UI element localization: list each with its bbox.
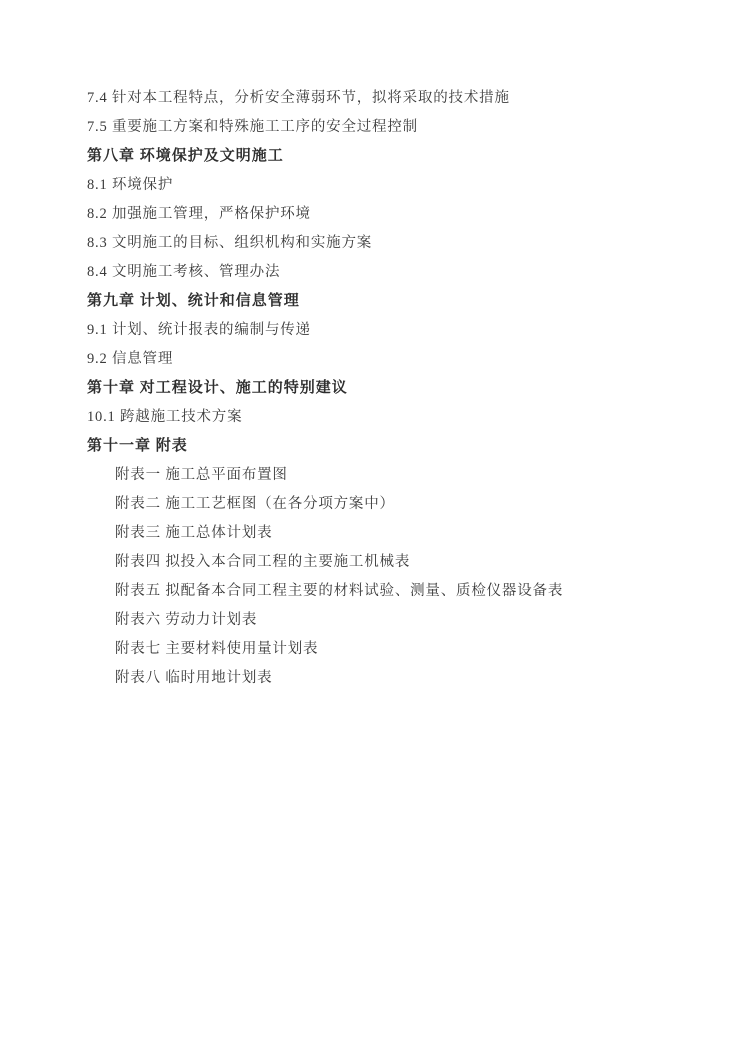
toc-chapter-heading: 第九章 计划、统计和信息管理	[87, 287, 697, 316]
toc-item: 8.3 文明施工的目标、组织机构和实施方案	[87, 229, 697, 258]
toc-item: 8.2 加强施工管理，严格保护环境	[87, 200, 697, 229]
toc-chapter-heading: 第十一章 附表	[87, 432, 697, 461]
toc-item: 7.4 针对本工程特点，分析安全薄弱环节，拟将采取的技术措施	[87, 84, 697, 113]
toc-item: 7.5 重要施工方案和特殊施工工序的安全过程控制	[87, 113, 697, 142]
toc-appendix-item: 附表五 拟配备本合同工程主要的材料试验、测量、质检仪器设备表	[87, 577, 697, 606]
toc-appendix-item: 附表四 拟投入本合同工程的主要施工机械表	[87, 548, 697, 577]
document-page: 7.4 针对本工程特点，分析安全薄弱环节，拟将采取的技术措施7.5 重要施工方案…	[0, 0, 745, 1052]
toc-item: 9.2 信息管理	[87, 345, 697, 374]
toc-item: 8.4 文明施工考核、管理办法	[87, 258, 697, 287]
toc-appendix-item: 附表二 施工工艺框图（在各分项方案中）	[87, 490, 697, 519]
toc-chapter-heading: 第十章 对工程设计、施工的特别建议	[87, 374, 697, 403]
toc-item: 9.1 计划、统计报表的编制与传递	[87, 316, 697, 345]
toc-item: 8.1 环境保护	[87, 171, 697, 200]
toc-appendix-item: 附表一 施工总平面布置图	[87, 461, 697, 490]
toc-appendix-item: 附表七 主要材料使用量计划表	[87, 635, 697, 664]
toc-appendix-item: 附表六 劳动力计划表	[87, 606, 697, 635]
toc-appendix-item: 附表八 临时用地计划表	[87, 664, 697, 693]
table-of-contents: 7.4 针对本工程特点，分析安全薄弱环节，拟将采取的技术措施7.5 重要施工方案…	[87, 84, 697, 693]
toc-chapter-heading: 第八章 环境保护及文明施工	[87, 142, 697, 171]
toc-appendix-item: 附表三 施工总体计划表	[87, 519, 697, 548]
toc-item: 10.1 跨越施工技术方案	[87, 403, 697, 432]
